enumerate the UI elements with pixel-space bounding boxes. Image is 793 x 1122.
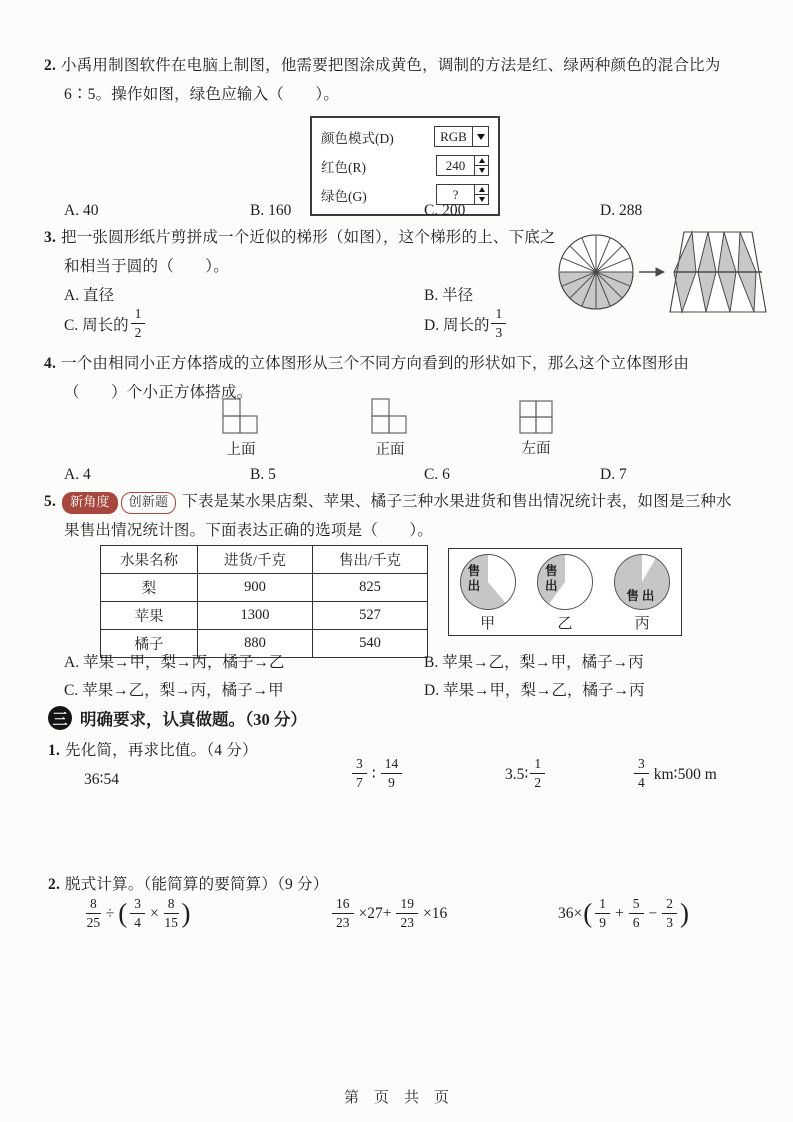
exam-page: 2.小禹用制图软件在电脑上制图，他需要把图涂成黄色，调制的方法是红、绿两种颜色的… (0, 0, 793, 1122)
spinner-down-icon (479, 197, 485, 202)
l-shape-squares (371, 398, 409, 435)
page-footer: 第 页 共 页 (0, 1086, 793, 1107)
fraction: 13 (491, 307, 506, 339)
q3-option-d: D. 周长的 13 (424, 308, 508, 340)
calc-expr-3: 36× ( 19 + 56 − 23 ) (558, 898, 690, 930)
section-title: 明确要求，认真做题。（30 分） (80, 706, 307, 730)
red-value-stepper: 240 (436, 155, 489, 176)
table-row: 梨 900 825 (101, 574, 428, 602)
sold-label: 售出 (545, 564, 558, 594)
header-cell: 水果名称 (101, 546, 198, 574)
fruit-table: 水果名称 进货/千克 售出/千克 梨 900 825 苹果 1300 527 橘… (100, 545, 428, 658)
ratio-expr-2: 37 ∶ 149 (350, 758, 404, 790)
top-view-figure: 上面 (222, 398, 260, 459)
red-row: 红色(R) 240 (321, 155, 489, 176)
sold-label: 售出 (626, 586, 657, 604)
spinner-down-icon (479, 168, 485, 173)
q5-option-a: A. 苹果→甲，梨→丙，橘子→乙 (64, 650, 284, 672)
red-label: 红色(R) (321, 156, 366, 176)
section-number-icon: 三 (48, 706, 72, 730)
front-view-figure: 正面 (371, 398, 409, 459)
q2-option-c: C. 200 (424, 202, 465, 220)
ratio-expr-1: 36∶54 (84, 770, 119, 789)
q3-line2: 和相当于圆的（ ）。 (64, 256, 229, 278)
header-cell: 售出/千克 (313, 546, 428, 574)
red-value: 240 (437, 156, 474, 175)
pie-jia: 售出 甲 (460, 554, 516, 633)
color-dialog: 颜色模式(D) RGB 红色(R) 240 绿色(G) ? (310, 116, 500, 216)
l-shape-squares (222, 398, 260, 435)
pie-chart: 售出 (537, 554, 593, 610)
new-angle-badge: 新角度 (62, 492, 118, 514)
green-label: 绿色(G) (321, 185, 367, 205)
s3q1-label: 1.先化简，再求比值。（4 分） (48, 740, 258, 762)
fraction: 56 (629, 897, 644, 929)
innovation-badge: 创新题 (121, 492, 177, 514)
square-grid (519, 400, 553, 434)
q3-number: 3. (44, 229, 56, 246)
view-label: 左面 (522, 437, 551, 458)
fraction: 12 (131, 307, 146, 339)
left-view-figure: 左面 (519, 400, 553, 458)
q5-line2: 果售出情况统计图。下面表达正确的选项是（ ）。 (64, 520, 433, 542)
sold-label: 售出 (468, 564, 481, 594)
fraction: 825 (86, 897, 101, 929)
view-label: 上面 (227, 438, 256, 459)
q3-option-b: B. 半径 (424, 283, 473, 305)
fraction: 34 (634, 757, 649, 789)
color-mode-label: 颜色模式(D) (321, 127, 394, 147)
fraction: 149 (381, 757, 403, 789)
fraction: 19 (595, 897, 610, 929)
q5-line1: 5.新角度创新题下表是某水果店梨、苹果、橘子三种水果进货和售出情况统计表，如图是… (44, 491, 732, 514)
view-label: 正面 (376, 438, 405, 459)
fraction: 34 (130, 897, 145, 929)
q4-option-d: D. 7 (600, 466, 627, 484)
fraction: 23 (662, 897, 677, 929)
circle-to-trapezoid-figure (556, 226, 772, 320)
section-3-header: 三 明确要求，认真做题。（30 分） (48, 706, 307, 730)
q4-number: 4. (44, 355, 56, 372)
pie-yi: 售出 乙 (537, 554, 593, 633)
q5-option-d: D. 苹果→甲，梨→乙，橘子→丙 (424, 678, 644, 700)
chevron-down-icon (477, 134, 485, 140)
q2-option-a: A. 40 (64, 202, 98, 220)
fraction: 1623 (332, 897, 354, 929)
calc-expr-1: 825 ÷ ( 34 × 815 ) (84, 898, 192, 930)
q4-line1: 4.一个由相同小正方体搭成的立体图形从三个不同方向看到的形状如下，那么这个立体图… (44, 353, 689, 375)
q5-option-c: C. 苹果→乙，梨→丙，橘子→甲 (64, 678, 284, 700)
q4-option-b: B. 5 (250, 466, 276, 484)
color-mode-value: RGB (435, 127, 472, 146)
table-header-row: 水果名称 进货/千克 售出/千克 (101, 546, 428, 574)
color-mode-select: RGB (434, 126, 489, 147)
pie-name: 乙 (557, 612, 572, 633)
pie-name: 甲 (480, 612, 495, 633)
ratio-expr-3: 3.5∶ 12 (505, 758, 547, 790)
q2-option-d: D. 288 (600, 202, 642, 220)
q3-line1: 3.把一张圆形纸片剪拼成一个近似的梯形（如图），这个梯形的上、下底之 (44, 227, 556, 249)
fraction: 12 (530, 757, 545, 789)
pie-chart: 售出 (614, 554, 670, 610)
pie-bing: 售出 丙 (614, 554, 670, 633)
pie-name: 丙 (635, 612, 650, 633)
table-row: 苹果 1300 527 (101, 602, 428, 630)
ratio-expr-4: 34 km∶500 m (632, 758, 720, 790)
q2-option-b: B. 160 (250, 202, 291, 220)
s3q2-label: 2.脱式计算。（能简算的要简算）（9 分） (48, 874, 328, 896)
spinner-up-icon (479, 158, 485, 163)
fraction: 815 (164, 897, 179, 929)
q3-option-a: A. 直径 (64, 283, 114, 305)
spinner (474, 185, 488, 204)
calc-expr-2: 1623 ×27+ 1923 ×16 (330, 898, 450, 930)
pie-chart: 售出 (460, 554, 516, 610)
q5-number: 5. (44, 493, 56, 510)
q2-line2: 6∶5。操作如图，绿色应输入（ ）。 (64, 84, 339, 106)
header-cell: 进货/千克 (198, 546, 313, 574)
q3-option-c: C. 周长的 12 (64, 308, 147, 340)
q2-number: 2. (44, 57, 56, 74)
pie-charts-box: 售出 甲 售出 乙 售出 丙 (448, 548, 682, 636)
color-mode-row: 颜色模式(D) RGB (321, 126, 489, 147)
spinner (474, 156, 488, 175)
q5-option-b: B. 苹果→乙，梨→甲，橘子→丙 (424, 650, 644, 672)
fraction: 37 (352, 757, 367, 789)
fraction: 1923 (396, 897, 418, 929)
q4-option-c: C. 6 (424, 466, 450, 484)
spinner-up-icon (479, 187, 485, 192)
dropdown-button (472, 127, 488, 146)
q4-option-a: A. 4 (64, 466, 91, 484)
q2-line1: 2.小禹用制图软件在电脑上制图，他需要把图涂成黄色，调制的方法是红、绿两种颜色的… (44, 55, 720, 77)
